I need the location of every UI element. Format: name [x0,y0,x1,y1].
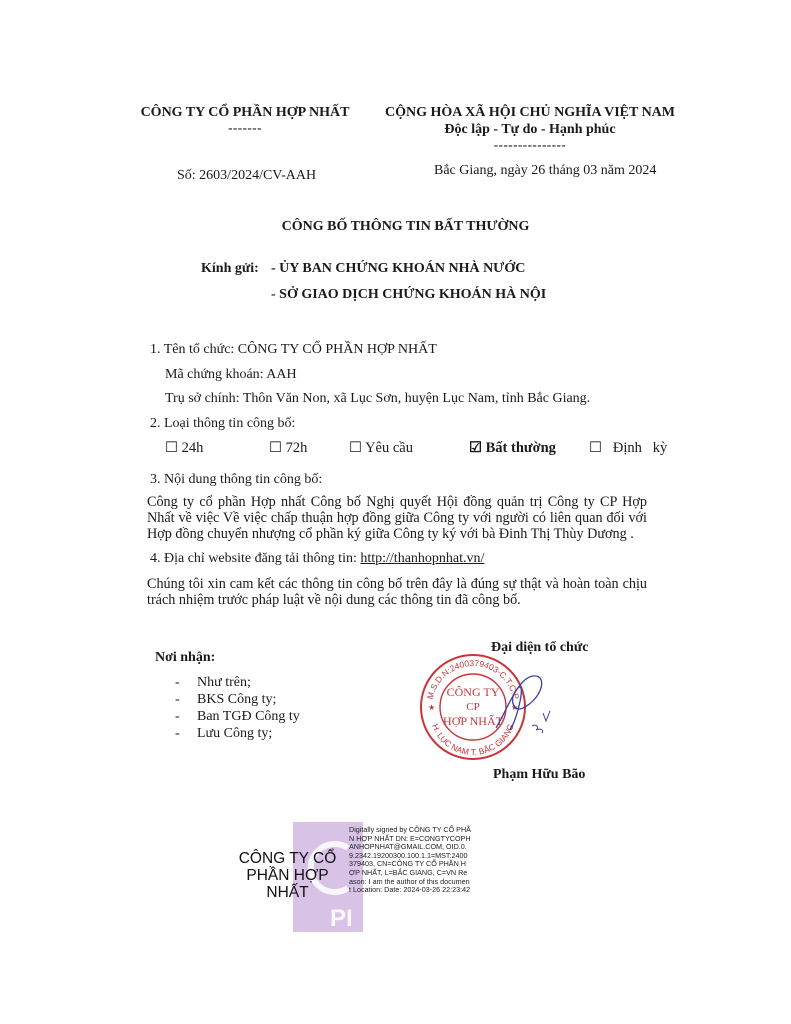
svg-text:★: ★ [428,703,435,712]
document-number: Số: 2603/2024/CV-AAH [177,168,316,184]
handwritten-signature [488,668,568,738]
document-title: CÔNG BỐ THÔNG TIN BẤT THƯỜNG [0,219,791,235]
distribution-list: -Như trên; -BKS Công ty; -Ban TGĐ Công t… [175,674,300,742]
country-name: CỘNG HÒA XÃ HỘI CHỦ NGHĨA VIỆT NAM [380,105,680,121]
ticker-line: Mã chứng khoán: AAH [165,367,297,383]
recipient-hnx: - SỞ GIAO DỊCH CHỨNG KHOÁN HÀ NỘI [271,287,546,303]
company-header: CÔNG TY CỔ PHẦN HỢP NHẤT ------- [130,105,360,135]
distribution-item: -BKS Công ty; [175,691,300,708]
address-line: Trụ sở chính: Thôn Văn Non, xã Lục Sơn, … [165,391,590,407]
option-24h[interactable]: ☐ 24h [165,440,203,457]
digital-signature-company: CÔNG TY CỔ PHẦN HỢP NHẤT [225,850,350,901]
commitment-text: Chúng tôi xin cam kết các thông tin công… [147,576,647,608]
option-72h[interactable]: ☐ 72h [269,440,307,457]
option-periodic[interactable]: ☐ Định kỳ [589,440,667,457]
website-label: 4. Địa chỉ website đăng tải thông tin: [150,551,360,566]
disclosure-type-heading: 2. Loại thông tin công bố: [150,416,295,432]
website-line: 4. Địa chỉ website đăng tải thông tin: h… [150,551,484,567]
disclosure-type-options: ☐ 24h ☐ 72h ☐ Yêu cầu ☑ Bất thường ☐ Địn… [165,440,685,460]
signatory-name: Phạm Hữu Bão [493,767,585,783]
national-header: CỘNG HÒA XÃ HỘI CHỦ NGHĨA VIỆT NAM Độc l… [380,105,680,152]
distribution-item: -Lưu Công ty; [175,725,300,742]
website-link[interactable]: http://thanhopnhat.vn/ [360,551,484,566]
digital-signature-details[interactable]: Digitally signed by CÔNG TY CỔ PHẦN HỢP … [349,826,471,895]
recipient-ssc: - ỦY BAN CHỨNG KHOÁN NHÀ NƯỚC [271,261,525,277]
option-on-request[interactable]: ☐ Yêu cầu [349,440,413,457]
pdf-watermark: PI [330,905,353,933]
content-heading: 3. Nội dung thông tin công bố: [150,472,322,488]
company-name: CÔNG TY CỔ PHẦN HỢP NHẤT [130,105,360,121]
org-name-line: 1. Tên tổ chức: CÔNG TY CỔ PHẦN HỢP NHẤT [150,342,437,358]
place-date: Bắc Giang, ngày 26 tháng 03 năm 2024 [434,163,656,179]
svg-text:CP: CP [466,701,479,713]
content-body: Công ty cổ phần Hợp nhất Công bố Nghị qu… [147,494,647,542]
distribution-item: -Ban TGĐ Công ty [175,708,300,725]
recipients-label: Kính gửi: [201,261,259,277]
national-motto: Độc lập - Tự do - Hạnh phúc [380,122,680,138]
distribution-item: -Như trên; [175,674,300,691]
company-underline: ------- [130,121,360,135]
distribution-heading: Nơi nhận: [155,650,215,666]
motto-underline: --------------- [380,138,680,152]
option-extraordinary[interactable]: ☑ Bất thường [469,440,556,457]
